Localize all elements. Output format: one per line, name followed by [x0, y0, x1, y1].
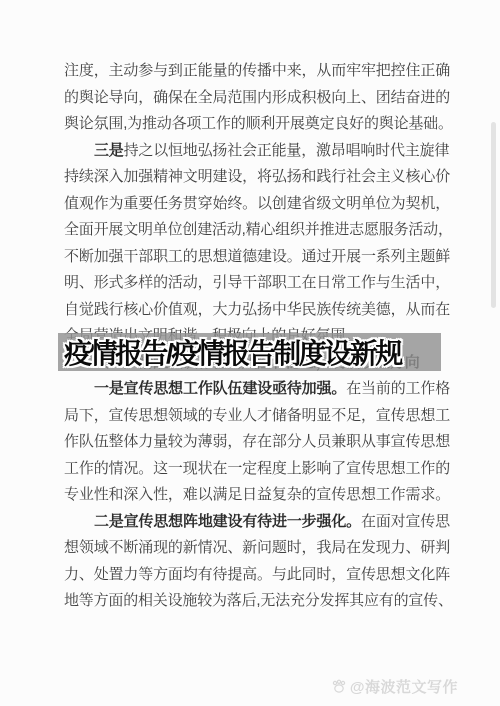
text-line: 工作的情况。这一现状在一定程度上影响了宣传思想工作的 [64, 456, 450, 483]
watermark: @海波范文写作 [331, 676, 458, 697]
document-page: { "colors": { "page_bg": "#fcfcfc", "tex… [0, 0, 500, 706]
text-line: 全面开展文明单位创建活动,精心组织并推进志愿服务活动， [64, 217, 450, 244]
text-line: 舆论氛围,为推动各项工作的顺利开展奠定良好的舆论基础。 [64, 111, 450, 138]
text-line: 明、形式多样的活动，引导干部职工在日常工作与生活中， [64, 270, 450, 297]
text-line: 不断加强干部职工的思想道德建设。通过开展一系列主题鲜 [64, 244, 450, 271]
paw-icon [331, 679, 347, 694]
text-line: 三是持之以恒地弘扬社会正能量，激昂唱响时代主旋律。 [64, 138, 450, 165]
text-line: 值观作为重要任务贯穿始终。以创建省级文明单位为契机， [64, 191, 450, 218]
text-line: 地等方面的相关设施较为落后,无法充分发挥其应有的宣传、 [64, 588, 450, 615]
title-overlay-band: 疫情报告/疫情报告制度设新规 [58, 333, 441, 371]
scrollbar-thumb[interactable] [491, 122, 496, 308]
watermark-text: @海波范文写作 [350, 676, 458, 697]
text-line: 持续深入加强精神文明建设，将弘扬和践行社会主义核心价 [64, 164, 450, 191]
text-line: 力、处置力等方面均有待提高。与此同时，宣传思想文化阵 [64, 562, 450, 589]
text-line: 局下，宣传思想领域的专业人才储备明显不足，宣传思想工 [64, 403, 450, 430]
text-line: 的舆论导向，确保在全局范围内形成积极向上、团结奋进的 [64, 85, 450, 112]
text-line: 作队伍整体力量较为薄弱，存在部分人员兼职从事宣传思想 [64, 429, 450, 456]
text-line: 一是宣传思想工作队伍建设亟待加强。在当前的工作格 [64, 376, 450, 403]
text-line: 自觉践行核心价值观，大力弘扬中华民族传统美德，从而在 [64, 297, 450, 324]
text-line: 专业性和深入性，难以满足日益复杂的宣传思想工作需求。 [64, 482, 450, 509]
text-line: 想领域不断涌现的新情况、新问题时，我局在发现力、研判 [64, 535, 450, 562]
text-line: 二是宣传思想阵地建设有待进一步强化。在面对宣传思 [64, 509, 450, 536]
text-line: 注度，主动参与到正能量的传播中来，从而牢牢把控住正确 [64, 58, 450, 85]
overlay-title: 疫情报告/疫情报告制度设新规 [58, 332, 401, 372]
